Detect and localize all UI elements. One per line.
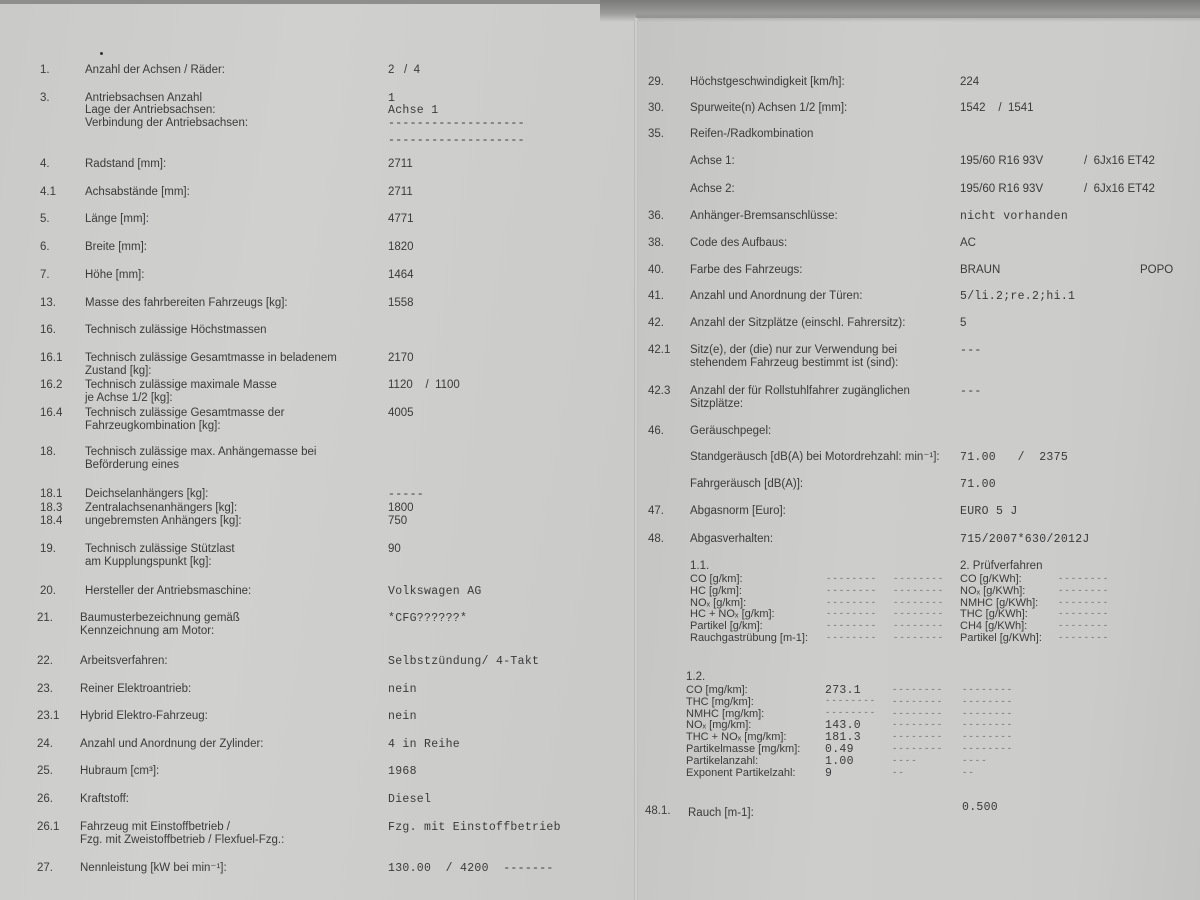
field-value: 1558 [388,297,414,309]
row-number: 30. [648,102,664,114]
field-label: Fahrgeräusch [dB(A)]: [690,478,803,491]
field-label: Achse 1: [690,155,735,168]
field-value-2: / 6Jx16 ET42 [1084,155,1155,167]
emission-value: -------- [962,720,1013,730]
emission-value: ---- [962,756,988,766]
emission-value: -------- [962,744,1013,754]
row-number: 48.1. [645,805,671,817]
field-label: Breite [mm]: [85,241,147,254]
field-value: Selbstzündung/ 4-Takt [388,655,539,668]
field-label: Rauch [m-1]: [688,807,754,820]
row-number: 35. [648,128,664,140]
emission-label: NOₓ [g/KWh]: [960,585,1025,598]
field-label: Technisch zulässige Höchstmassen [85,324,267,337]
field-label: Anzahl der Achsen / Räder: [85,64,225,77]
field-value: Diesel [388,793,431,806]
punch-dot [100,52,103,55]
emission-value: 9 [825,767,832,780]
row-number: 25. [37,765,53,777]
emissions-2-heading: 2. Prüfverfahren [960,560,1042,573]
field-value: 1464 [388,269,414,281]
field-value: 195/60 R16 93V [960,155,1043,167]
field-label: Achsabstände [mm]: [85,186,190,199]
field-label: Achse 2: [690,183,735,196]
row-number: 38. [648,237,664,249]
emission-value: -- [962,768,975,778]
emission-value: -------- [892,685,943,695]
emission-value: -- [892,768,905,778]
field-label: Nennleistung [kW bei min⁻¹]: [80,862,227,875]
field-label: Lage der Antriebsachsen: [85,104,215,117]
field-label: Technisch zulässige Stützlast [85,543,235,556]
emission-label: Rauchgastrübung [m-1]: [690,632,808,645]
emission-label: Partikelmasse [mg/km]: [686,743,800,756]
row-number: 18. [40,446,56,458]
emission-label: NMHC [g/KWh]: [960,597,1038,610]
field-value: 2 / 4 [388,64,420,76]
field-value: *CFG??????* [388,612,467,625]
field-value: 715/2007*630/2012J [960,533,1090,546]
field-label: Hubraum [cm³]: [80,765,159,778]
emission-label: THC [g/KWh]: [960,608,1028,621]
field-label: Technisch zulässige Gesamtmasse der [85,407,284,420]
field-value: 1120 / 1100 [388,379,460,391]
field-value: Volkswagen AG [388,585,482,598]
row-number: 40. [648,264,664,276]
row-number: 22. [37,655,53,667]
row-number: 46. [648,425,664,437]
field-value: 4771 [388,213,414,225]
emission-value: -------- [825,696,876,706]
row-number: 26. [37,793,53,805]
row-number: 42.3 [648,385,670,397]
field-value: nein [388,683,417,696]
field-value: EURO 5 J [960,505,1018,518]
row-number: 16.2 [40,379,62,391]
field-value: Achse 1 [388,104,438,117]
field-value: ------------------- [388,134,525,147]
emission-label: Partikel [g/km]: [690,620,763,633]
field-label: Länge [mm]: [85,213,149,226]
emission-label: HC + NOₓ [g/km]: [690,608,775,621]
field-label: Kraftstoff: [80,793,129,806]
field-value: 2170 [388,352,414,364]
row-number: 42. [648,317,664,329]
emission-label: THC [mg/km]: [686,696,754,709]
row-number: 6. [40,241,50,253]
field-value: 224 [960,76,979,88]
field-label-cont: stehendem Fahrzeug bestimmt ist (sind): [690,357,898,370]
field-label-cont: am Kupplungspunkt [kg]: [85,556,212,569]
emission-value: -------- [825,708,876,718]
field-label: Technisch zulässige Gesamtmasse in belad… [85,352,337,365]
emission-label: CO [g/KWh]: [960,573,1022,586]
emission-value: -------- [893,609,944,619]
field-label-cont: Fahrzeugkombination [kg]: [85,420,221,433]
emission-label: NMHC [mg/km]: [686,708,764,721]
field-label: Radstand [mm]: [85,158,166,171]
field-value-2: POPO [1140,264,1173,276]
emission-value: -------- [892,732,943,742]
emission-label: THC + NOₓ [mg/km]: [686,731,786,744]
field-label-cont: Fzg. mit Zweistoffbetrieb / Flexfuel-Fzg… [80,834,284,847]
emission-value: -------- [826,633,877,643]
field-label: Reiner Elektroantrieb: [80,683,191,696]
field-label: Anzahl und Anordnung der Türen: [690,290,862,303]
field-value: AC [960,237,976,249]
page-fold [634,18,638,900]
field-label: Zentralachsenanhängers [kg]: [85,502,237,515]
field-value: BRAUN [960,264,1000,276]
field-value: 750 [388,515,407,527]
field-label: Technisch zulässige max. Anhängemasse be… [85,446,316,459]
emission-value: -------- [962,685,1013,695]
field-label-cont: Sitzplätze: [690,398,743,411]
row-number: 42.1 [648,344,670,356]
field-label: Höchstgeschwindigkeit [km/h]: [690,76,845,89]
field-value: --- [960,385,982,398]
emission-value: -------- [1058,574,1109,584]
field-label-cont: Zustand [kg]: [85,365,151,378]
emission-value: -------- [1058,609,1109,619]
field-label: Farbe des Fahrzeugs: [690,264,803,277]
row-number: 13. [40,297,56,309]
row-number: 48. [648,533,664,545]
emission-value: -------- [893,586,944,596]
emission-value: -------- [826,574,877,584]
row-number: 7. [40,269,50,281]
row-number: 16.4 [40,407,62,419]
field-value: 2711 [388,158,413,170]
field-label: Antriebsachsen Anzahl [85,92,202,105]
field-label-cont: Kennzeichnung am Motor: [80,625,214,638]
emission-value: -------- [962,709,1013,719]
emission-value: -------- [893,621,944,631]
emission-value: -------- [892,709,943,719]
row-number: 18.3 [40,502,62,514]
field-value: 0.500 [962,801,998,814]
emission-label: NOₓ [g/km]: [690,597,746,610]
field-label: Reifen-/Radkombination [690,128,813,141]
field-label: Hersteller der Antriebsmaschine: [85,585,251,598]
row-number: 3. [40,92,50,104]
field-label: Standgeräusch [dB(A) bei Motordrehzahl: … [690,451,940,464]
emission-label: Exponent Partikelzahl: [686,767,795,780]
emission-label: NOₓ [mg/km]: [686,719,751,732]
field-label: Fahrzeug mit Einstoffbetrieb / [80,821,230,834]
emissions-1-1-heading: 1.1. [690,560,709,573]
field-label: Sitz(e), der (die) nur zur Verwendung be… [690,344,897,357]
field-value-2: / 6Jx16 ET42 [1084,183,1155,195]
field-value: 4005 [388,407,414,419]
field-label: Abgasverhalten: [690,533,773,546]
emission-value: -------- [826,621,877,631]
row-number: 16.1 [40,352,62,364]
field-value: ------------------- [388,117,525,130]
row-number: 16. [40,324,56,336]
emission-value: -------- [826,586,877,596]
field-label: Anzahl und Anordnung der Zylinder: [80,738,263,751]
emission-label: CO [mg/km]: [686,684,748,697]
row-number: 47. [648,505,664,517]
field-label: Arbeitsverfahren: [80,655,168,668]
row-number: 21. [37,612,53,624]
field-value: 1820 [388,241,414,253]
row-number: 29. [648,76,664,88]
field-label: Geräuschpegel: [690,425,771,438]
row-number: 26.1 [37,821,59,833]
field-label-cont: Beförderung eines [85,459,179,472]
row-number: 41. [648,290,664,302]
field-label: Technisch zulässige maximale Masse [85,379,277,392]
emission-value: ---- [892,756,918,766]
field-value: nein [388,710,417,723]
row-number: 5. [40,213,50,225]
field-value: 5 [960,317,966,329]
row-number: 18.4 [40,515,62,527]
field-value: 2711 [388,186,413,198]
field-label: Anzahl der für Rollstuhlfahrer zugänglic… [690,385,910,398]
field-label: Abgasnorm [Euro]: [690,505,786,518]
field-value: 90 [388,543,401,555]
emission-label: CO [g/km]: [690,573,743,586]
field-value: 1968 [388,765,417,778]
field-label: Anhänger-Bremsanschlüsse: [690,210,838,223]
field-value: 130.00 / 4200 ------- [388,862,554,875]
emission-value: -------- [892,720,943,730]
field-label-cont: je Achse 1/2 [kg]: [85,392,173,405]
field-label: Hybrid Elektro-Fahrzeug: [80,710,208,723]
row-number: 19. [40,543,56,555]
field-label: ungebremsten Anhängers [kg]: [85,515,242,528]
emission-value: -------- [1058,586,1109,596]
page-shadow [600,0,1200,22]
emissions-1-2-heading: 1.2. [686,671,705,684]
row-number: 36. [648,210,664,222]
field-label: Anzahl der Sitzplätze (einschl. Fahrersi… [690,317,905,330]
emission-label: Partikelanzahl: [686,755,758,768]
field-value: --- [960,344,982,357]
row-number: 27. [37,862,53,874]
field-label: Baumusterbezeichnung gemäß [80,612,240,625]
field-label: Deichselanhängers [kg]: [85,488,208,501]
row-number: 4.1 [40,186,56,198]
field-label: Masse des fahrbereiten Fahrzeugs [kg]: [85,297,288,310]
row-number: 23.1 [37,710,59,722]
emission-label: HC [g/km]: [690,585,742,598]
row-number: 18.1 [40,488,62,500]
row-number: 24. [37,738,53,750]
field-value: 71.00 [960,478,996,491]
emission-value: -------- [1058,633,1109,643]
emission-value: -------- [826,609,877,619]
field-label: Höhe [mm]: [85,269,144,282]
emission-value: -------- [893,574,944,584]
field-value: 71.00 / 2375 [960,451,1068,464]
emission-value: -------- [1058,598,1109,608]
row-number: 20. [40,585,56,597]
field-value: ----- [388,488,424,501]
emission-value: -------- [893,633,944,643]
emission-value: -------- [1058,621,1109,631]
emission-value: -------- [893,598,944,608]
emission-label: Partikel [g/KWh]: [960,632,1042,645]
field-value: 195/60 R16 93V [960,183,1043,195]
field-value: 4 in Reihe [388,738,460,751]
field-value: 1800 [388,502,414,514]
emission-value: -------- [826,598,877,608]
field-value: nicht vorhanden [960,210,1068,223]
emission-value: -------- [962,732,1013,742]
row-number: 1. [40,64,50,76]
emission-label: CH4 [g/KWh]: [960,620,1027,633]
row-number: 23. [37,683,53,695]
emission-value: -------- [962,697,1013,707]
field-value: 5/li.2;re.2;hi.1 [960,290,1075,303]
field-value: 1542 / 1541 [960,102,1034,114]
field-label: Verbindung der Antriebsachsen: [85,117,248,130]
row-number: 4. [40,158,50,170]
emission-value: -------- [892,697,943,707]
emission-value: -------- [892,744,943,754]
field-label: Spurweite(n) Achsen 1/2 [mm]: [690,102,847,115]
field-label: Code des Aufbaus: [690,237,787,250]
field-value: Fzg. mit Einstoffbetrieb [388,821,561,834]
